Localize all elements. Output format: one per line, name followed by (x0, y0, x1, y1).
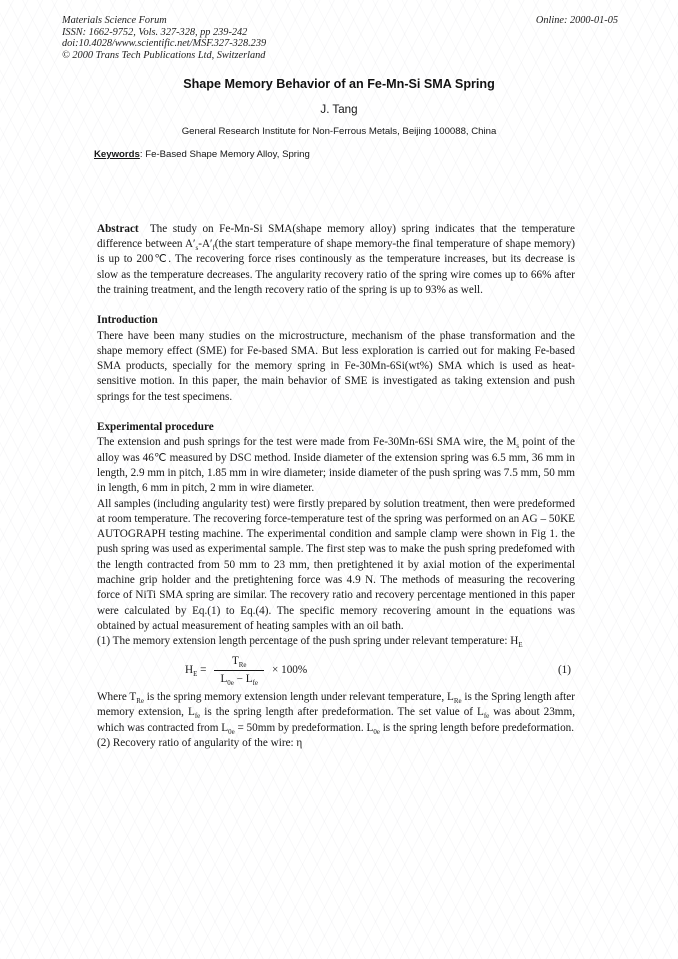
keywords-line: Keywords: Fe-Based Shape Memory Alloy, S… (94, 149, 678, 160)
keywords-value: Fe-Based Shape Memory Alloy, Spring (145, 149, 310, 160)
journal-title: Materials Science Forum (62, 15, 266, 27)
author: J. Tang (0, 103, 678, 116)
where-paragraph: Where TRe is the spring memory extension… (97, 690, 575, 736)
fraction-numerator: TRe (214, 654, 264, 670)
equation1-intro: (1) The memory extension length percenta… (97, 634, 575, 649)
fraction-denominator: L0e − Lfe (214, 670, 264, 687)
section-heading-experimental: Experimental procedure (97, 420, 575, 435)
affiliation: General Research Institute for Non-Ferro… (0, 126, 678, 137)
experimental-paragraph-2: All samples (including angularity test) … (97, 497, 575, 635)
copyright-line: © 2000 Trans Tech Publications Ltd, Swit… (62, 50, 266, 62)
online-date: Online: 2000-01-05 (536, 15, 618, 27)
doi-line: doi:10.4028/www.scientific.net/MSF.327-3… (62, 38, 266, 50)
paper-title: Shape Memory Behavior of an Fe-Mn-Si SMA… (0, 77, 678, 91)
keywords-label: Keywords (94, 149, 140, 160)
equation-lhs: HE = (185, 663, 210, 678)
paper-page: Materials Science Forum ISSN: 1662-9752,… (0, 0, 678, 959)
experimental-paragraph-1: The extension and push springs for the t… (97, 435, 575, 496)
equation-number: (1) (558, 663, 575, 678)
equation-suffix: × 100% (268, 663, 307, 678)
equation-1: HE = TRe L0e − Lfe × 100% (1) (97, 654, 575, 688)
paper-body: Abstract The study on Fe-Mn-Si SMA(shape… (97, 222, 575, 752)
equation2-intro: (2) Recovery ratio of angularity of the … (97, 736, 575, 751)
section-heading-introduction: Introduction (97, 313, 575, 328)
abstract-paragraph: Abstract The study on Fe-Mn-Si SMA(shape… (97, 222, 575, 298)
equation-fraction: TRe L0e − Lfe (214, 654, 264, 688)
page-header: Materials Science Forum ISSN: 1662-9752,… (0, 0, 678, 62)
journal-meta-block: Materials Science Forum ISSN: 1662-9752,… (62, 15, 266, 62)
introduction-paragraph: There have been many studies on the micr… (97, 329, 575, 405)
issn-line: ISSN: 1662-9752, Vols. 327-328, pp 239-2… (62, 27, 266, 39)
